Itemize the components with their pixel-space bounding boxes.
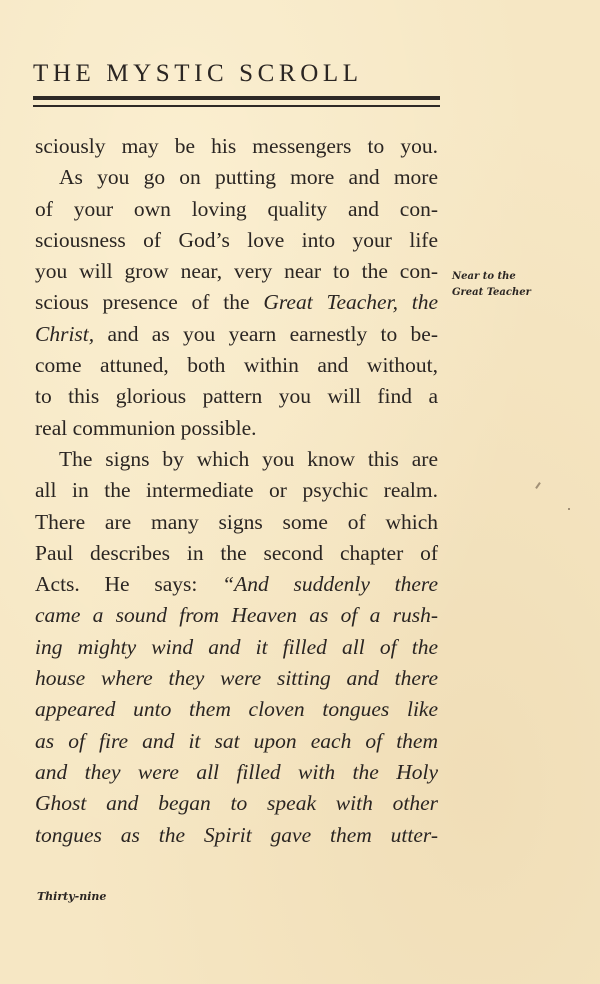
text-line: There are many signs some of which <box>35 507 438 538</box>
text-line: all in the intermediate or psychic realm… <box>35 475 438 506</box>
text-line: of your own loving quality and con- <box>35 194 438 225</box>
text-line: appeared unto them cloven tongues like <box>35 694 438 725</box>
text-line: scious presence of the Great Teacher, th… <box>35 287 438 318</box>
text-line: you will grow near, very near to the con… <box>35 256 438 287</box>
header-rule-thin <box>33 105 440 107</box>
margin-note: Near to the Great Teacher <box>452 269 531 301</box>
text-line: tongues as the Spirit gave them utter- <box>35 820 438 851</box>
text-line: Christ, and as you yearn earnestly to be… <box>35 319 438 350</box>
text-line: came a sound from Heaven as of a rush- <box>35 600 438 631</box>
paper-speck <box>535 482 541 489</box>
text-line: come attuned, both within and without, <box>35 350 438 381</box>
text-line: The signs by which you know this are <box>35 444 438 475</box>
running-title: THE MYSTIC SCROLL <box>33 60 440 88</box>
header-rule-thick <box>33 96 440 100</box>
text-line: real communion possible. <box>35 413 438 444</box>
text-line: as of fire and it sat upon each of them <box>35 726 438 757</box>
body-text: sciously may be his messengers to you. A… <box>35 131 438 851</box>
text-line: and they were all filled with the Holy <box>35 757 438 788</box>
text-line: Paul describes in the second chapter of <box>35 538 438 569</box>
book-page: THE MYSTIC SCROLL sciously may be his me… <box>0 0 600 984</box>
text-line: Acts. He says: “And suddenly there <box>35 569 438 600</box>
page-number: Thirty-nine <box>37 890 106 903</box>
paper-speck <box>568 508 570 510</box>
margin-note-line: Near to the <box>452 269 531 285</box>
text-line: Ghost and began to speak with other <box>35 788 438 819</box>
text-line: sciously may be his messengers to you. <box>35 131 438 162</box>
text-line: to this glorious pattern you will find a <box>35 381 438 412</box>
text-line: sciousness of God’s love into your life <box>35 225 438 256</box>
text-line: As you go on putting more and more <box>35 162 438 193</box>
text-line: ing mighty wind and it filled all of the <box>35 632 438 663</box>
text-line: house where they were sitting and there <box>35 663 438 694</box>
margin-note-line: Great Teacher <box>452 285 531 301</box>
